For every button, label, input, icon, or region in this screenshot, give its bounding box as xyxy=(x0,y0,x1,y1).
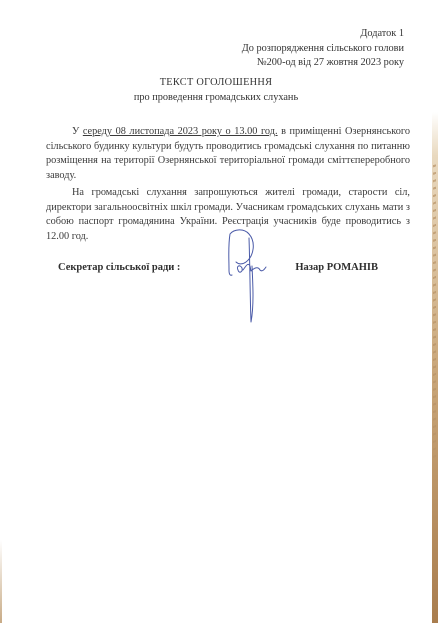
handwritten-signature-icon xyxy=(224,226,274,326)
title-block: ТЕКСТ ОГОЛОШЕННЯ про проведення громадсь… xyxy=(0,76,432,105)
addendum-header: Додаток 1 До розпорядження сільського го… xyxy=(242,27,404,71)
addendum-order-ref: До розпорядження сільського голови xyxy=(242,42,404,57)
addendum-order-date: №200-од від 27 жовтня 2023 року xyxy=(242,56,404,71)
table-edge-left xyxy=(0,540,2,623)
addendum-number: Додаток 1 xyxy=(242,27,404,42)
signatory-name: Назар РОМАНІВ xyxy=(295,262,378,273)
paragraph-1-lead: У xyxy=(72,126,83,137)
document-subtitle: про проведення громадських слухань xyxy=(0,91,432,106)
event-datetime: середу 08 листопада 2023 року о 13.00 го… xyxy=(83,126,278,137)
signatory-position: Секретар сільської ради : xyxy=(58,262,180,273)
table-edge-right xyxy=(432,0,438,623)
announcement-paragraph-1: У середу 08 листопада 2023 року о 13.00 … xyxy=(46,125,410,183)
document-title: ТЕКСТ ОГОЛОШЕННЯ xyxy=(0,76,432,91)
document-page: Додаток 1 До розпорядження сільського го… xyxy=(0,0,432,623)
